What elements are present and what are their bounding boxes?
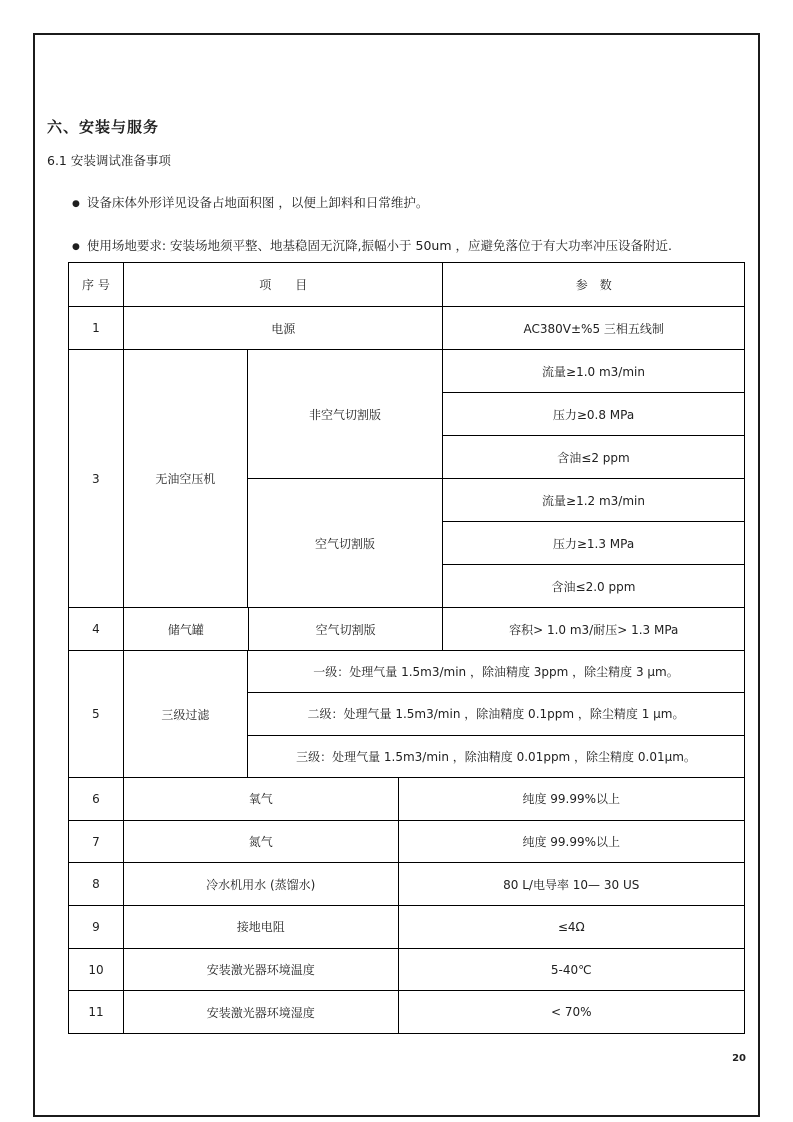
cell-no: 4 <box>69 608 124 651</box>
cell-param: 容积> 1.0 m3/耐压> 1.3 MPa <box>443 608 745 651</box>
cell-param: 80 L/电导率 10— 30 US <box>399 863 745 906</box>
cell-item: 冷水机用水 (蒸馏水) <box>124 863 399 906</box>
table-row: 10 安装激光器环境温度 5-40℃ <box>69 949 745 992</box>
cell-param: 含油≤2.0 ppm <box>443 565 745 608</box>
cell-no: 7 <box>69 821 124 864</box>
cell-no: 5 <box>69 651 124 778</box>
bullet-icon: ● <box>72 242 80 252</box>
cell-variant: 非空气切割版 <box>248 350 443 479</box>
table-header-no: 序 号 <box>69 263 124 307</box>
bullet-item: ●使用场地要求: 安装场地须平整、地基稳固无沉降,振幅小于 50um ，应避免落… <box>72 236 672 254</box>
cell-item: 氮气 <box>124 821 399 864</box>
cell-no: 6 <box>69 778 124 821</box>
table-row: 8 冷水机用水 (蒸馏水) 80 L/电导率 10— 30 US <box>69 863 745 906</box>
cell-no: 11 <box>69 991 124 1034</box>
cell-param: 纯度 99.99%以上 <box>399 821 745 864</box>
cell-no: 9 <box>69 906 124 949</box>
cell-item: 安装激光器环境温度 <box>124 949 399 992</box>
cell-param: ≤4Ω <box>399 906 745 949</box>
compressor-groups: 非空气切割版 流量≥1.0 m3/min 压力≥0.8 MPa 含油≤2 ppm… <box>248 350 745 608</box>
cell-no: 3 <box>69 350 124 608</box>
subsection-heading: 6.1 安装调试准备事项 <box>47 151 171 169</box>
bullet-text: 使用场地要求: 安装场地须平整、地基稳固无沉降,振幅小于 50um ，应避免落位… <box>87 238 672 253</box>
cell-no: 10 <box>69 949 124 992</box>
cell-param: 压力≥0.8 MPa <box>443 393 745 436</box>
cell-param: 5-40℃ <box>399 949 745 992</box>
bullet-icon: ● <box>72 199 80 209</box>
cell-item: 无油空压机 <box>124 350 248 608</box>
bullet-text: 设备床体外形详见设备占地面积图 ，以便上卸料和日常维护。 <box>87 195 428 210</box>
table-row: 6 氧气 纯度 99.99%以上 <box>69 778 745 821</box>
compressor-group-non-air: 非空气切割版 流量≥1.0 m3/min 压力≥0.8 MPa 含油≤2 ppm <box>248 350 745 479</box>
cell-param: < 70% <box>399 991 745 1034</box>
cell-param: 纯度 99.99%以上 <box>399 778 745 821</box>
cell-param: 压力≥1.3 MPa <box>443 522 745 565</box>
cell-param: 流量≥1.2 m3/min <box>443 479 745 522</box>
cell-variant: 空气切割版 <box>249 608 444 651</box>
table-header-param: 参 数 <box>443 263 745 307</box>
bullet-item: ●设备床体外形详见设备占地面积图 ，以便上卸料和日常维护。 <box>72 193 428 211</box>
spec-table: 序 号 项 目 参 数 1 电源 AC380V±%5 三相五线制 3 无油空压机… <box>68 262 745 1034</box>
cell-filter-level: 二级：处理气量 1.5m3/min ，除油精度 0.1ppm ，除尘精度 1 μ… <box>248 693 745 735</box>
table-row-tank: 4 储气罐 空气切割版 容积> 1.0 m3/耐压> 1.3 MPa <box>69 608 745 651</box>
table-row-filter: 5 三级过滤 一级：处理气量 1.5m3/min ，除油精度 3ppm ，除尘精… <box>69 651 745 778</box>
cell-filter-level: 三级：处理气量 1.5m3/min ，除油精度 0.01ppm ，除尘精度 0.… <box>248 736 745 778</box>
cell-item: 安装激光器环境湿度 <box>124 991 399 1034</box>
cell-item: 储气罐 <box>124 608 249 651</box>
cell-item: 三级过滤 <box>124 651 248 778</box>
cell-variant: 空气切割版 <box>248 479 443 608</box>
section-heading: 六、安装与服务 <box>47 116 159 137</box>
cell-item: 电源 <box>124 307 444 350</box>
page-number: 20 <box>732 1053 746 1064</box>
table-header-row: 序 号 项 目 参 数 <box>69 263 745 307</box>
cell-item: 氧气 <box>124 778 399 821</box>
compressor-group-air: 空气切割版 流量≥1.2 m3/min 压力≥1.3 MPa 含油≤2.0 pp… <box>248 479 745 608</box>
cell-param: 含油≤2 ppm <box>443 436 745 479</box>
cell-param: AC380V±%5 三相五线制 <box>443 307 745 350</box>
cell-no: 1 <box>69 307 124 350</box>
table-row-power: 1 电源 AC380V±%5 三相五线制 <box>69 307 745 350</box>
cell-param: 流量≥1.0 m3/min <box>443 350 745 393</box>
table-row: 9 接地电阻 ≤4Ω <box>69 906 745 949</box>
simple-rows: 6 氧气 纯度 99.99%以上 7 氮气 纯度 99.99%以上 8 冷水机用… <box>69 778 745 1034</box>
cell-no: 8 <box>69 863 124 906</box>
cell-item: 接地电阻 <box>124 906 399 949</box>
table-row: 11 安装激光器环境湿度 < 70% <box>69 991 745 1034</box>
cell-filter-level: 一级：处理气量 1.5m3/min ，除油精度 3ppm ，除尘精度 3 μm。 <box>248 651 745 693</box>
table-row: 7 氮气 纯度 99.99%以上 <box>69 821 745 864</box>
table-header-item: 项 目 <box>124 263 444 307</box>
table-row-compressor: 3 无油空压机 非空气切割版 流量≥1.0 m3/min 压力≥0.8 MPa … <box>69 350 745 608</box>
